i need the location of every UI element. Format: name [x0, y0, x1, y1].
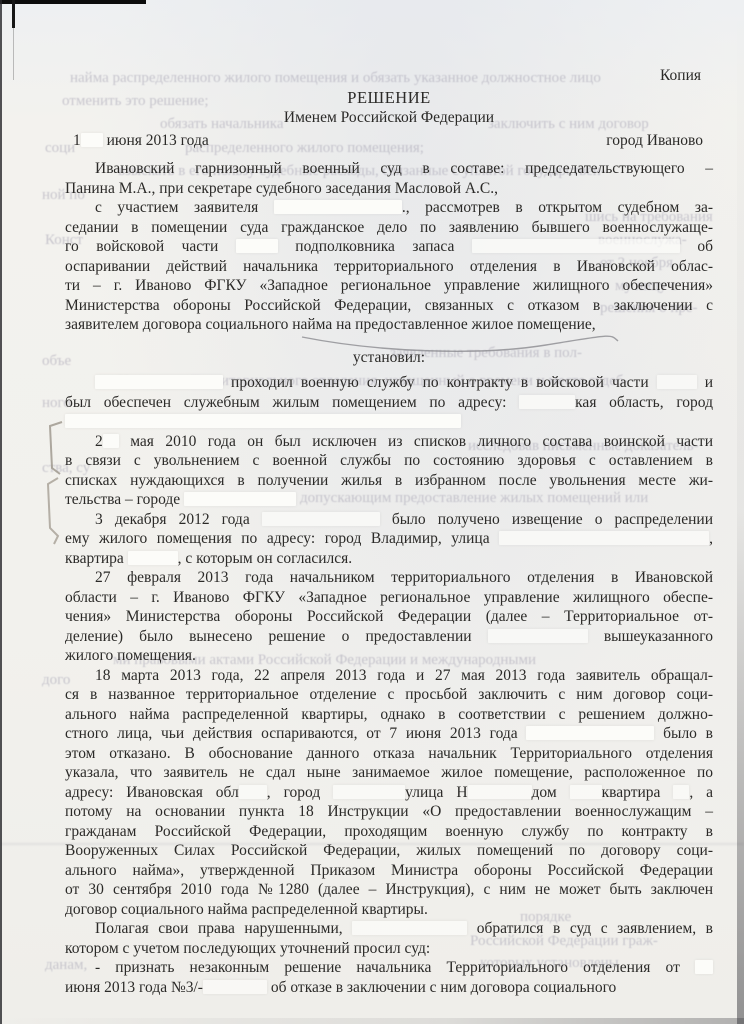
redaction-box: [472, 239, 680, 253]
redaction-box: [81, 133, 103, 147]
redaction-box: [274, 200, 402, 214]
redaction-box: [262, 512, 380, 526]
doc-line: потому на основании пункта 18 Инструкции…: [65, 802, 713, 822]
redaction-box: [203, 980, 267, 994]
doc-body: Ивановский гарнизонный военный суд в сос…: [65, 159, 713, 997]
staple-marks: [38, 416, 78, 552]
doc-line: от 30 сентября 2010 года №1280 (далее – …: [65, 880, 713, 900]
doc-line: списках нуждающихся в получении жилья в …: [65, 471, 713, 491]
redaction-box: [519, 395, 575, 409]
doc-line: в связи с увольнением с военной службы п…: [65, 451, 713, 471]
doc-line: этом отказано. В обоснование данного отк…: [65, 744, 713, 764]
doc-line: был обеспечен служебным жилым помещением…: [65, 393, 713, 413]
redaction-box: [184, 492, 296, 506]
decision-title: РЕШЕНИЕ: [65, 88, 713, 108]
redaction-box: [657, 375, 697, 389]
doc-line: договор социального найма распределенной…: [65, 900, 713, 920]
redaction-box: [239, 785, 267, 799]
left-edge-line: [0, 0, 2, 1024]
doc-line: Полагая свои права нарушенными, обратилс…: [65, 919, 713, 939]
bottom-edge-shadow: [0, 1018, 744, 1024]
doc-line: Министерства обороны Российской Федераци…: [65, 296, 713, 316]
doc-line: ального найма», утвержденной Приказом Ми…: [65, 861, 713, 881]
doc-line: 2 мая 2010 года он был исключен из списк…: [65, 432, 713, 452]
right-edge-shadow: [737, 0, 744, 1024]
doc-line: седании в помещении суда гражданское дел…: [65, 218, 713, 238]
redaction-box: [673, 785, 689, 799]
doc-line: ального найма распределенной квартиры, о…: [65, 705, 713, 725]
doc-line: чения» Министерства обороны Российской Ф…: [65, 607, 713, 627]
redaction-box: [128, 551, 178, 565]
doc-line: котором с учетом последующих уточнений п…: [65, 939, 713, 959]
pen-underline-mark: [288, 330, 624, 360]
doc-line: 18 марта 2013 года, 22 апреля 2013 года …: [65, 666, 713, 686]
redaction-box: [333, 785, 405, 799]
doc-line: проходил военную службу по контракту в в…: [65, 373, 713, 393]
doc-line: тельства – городе: [65, 490, 713, 510]
decision-date: 1 июня 2013 года: [73, 131, 209, 151]
doc-line: ему жилого помещения по адресу: город Вл…: [65, 529, 713, 549]
doc-line: Вооруженных Силах Российской Федерации, …: [65, 841, 713, 861]
doc-line: адресу: Ивановская обл, город улица Ндом…: [65, 783, 713, 803]
corner-scan-tick: [12, 0, 15, 28]
redaction-box: [695, 960, 713, 974]
redaction-box: [236, 239, 278, 253]
document-content: Копия РЕШЕНИЕ Именем Российской Федераци…: [65, 66, 713, 997]
doc-line: ти – г. Иваново ФГКУ «Западное региональ…: [65, 276, 713, 296]
redaction-box: [570, 785, 602, 799]
redaction-box: [95, 375, 223, 389]
doc-line: гражданам Российской Федерации, проходящ…: [65, 822, 713, 842]
decision-subtitle: Именем Российской Федерации: [65, 108, 713, 128]
date-place-row: 1 июня 2013 года город Иваново: [65, 131, 713, 151]
doc-line: жилого помещения.: [65, 646, 713, 666]
doc-line: ся в названное территориальное отделение…: [65, 685, 713, 705]
redaction-box: [488, 629, 588, 643]
copy-label: Копия: [65, 66, 713, 86]
doc-line: июня 2013 года №3/- об отказе в заключен…: [65, 978, 713, 998]
doc-line: 27 февраля 2013 года начальником террито…: [65, 568, 713, 588]
redaction-box: [499, 531, 709, 545]
doc-line: 3 декабря 2012 года было получено извеще…: [65, 510, 713, 530]
scanned-court-decision-page: найма распределенного жилого помещения и…: [0, 0, 744, 1024]
doc-line: указала, что заявитель не сдал ныне зани…: [65, 763, 713, 783]
doc-line: - признать незаконным решение начальника…: [65, 958, 713, 978]
doc-line: квартира , с которым он согласился.: [65, 549, 713, 569]
redaction-box: [526, 726, 654, 740]
corner-scan-bar: [0, 0, 146, 4]
doc-line: оспаривании действий начальника территор…: [65, 257, 713, 277]
redaction-box: [352, 921, 467, 935]
doc-line: с участием заявителя ., рассмотрев в отк…: [65, 198, 713, 218]
doc-line: деление) было вынесено решение о предост…: [65, 627, 713, 647]
decision-city: город Иваново: [606, 131, 703, 151]
doc-line: го войсковой части подполковника запаса …: [65, 237, 713, 257]
doc-line: [65, 412, 713, 432]
redaction-box: [468, 785, 532, 799]
redaction-box: [103, 434, 119, 448]
doc-line: стного лица, чьи действия оспариваются, …: [65, 724, 713, 744]
doc-line: Ивановский гарнизонный военный суд в сос…: [65, 159, 713, 179]
corner-scan-tick-fade: [13, 28, 14, 80]
doc-line: области – г. Иваново ФГКУ «Западное реги…: [65, 588, 713, 608]
redaction-box: [65, 414, 461, 428]
doc-line: Панина М.А., при секретаре судебного зас…: [65, 179, 713, 199]
